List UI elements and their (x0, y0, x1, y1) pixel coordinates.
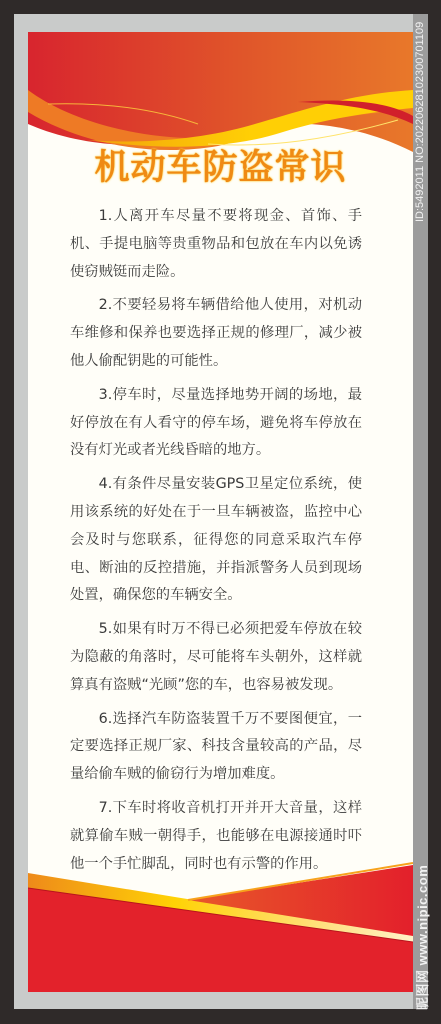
tip-paragraph-1: 1.人离开车尽量不要将现金、首饰、手机、手提电脑等贵重物品和包放在车内以免诱使窃… (70, 203, 362, 286)
tips-list: 1.人离开车尽量不要将现金、首饰、手机、手提电脑等贵重物品和包放在车内以免诱使窃… (70, 203, 362, 884)
watermark-id-text: ID:5492011 NO:20220628102300701109 (414, 22, 426, 222)
tip-paragraph-3: 3.停车时，尽量选择地势开阔的场地，最好停放在有人看守的停车场，避免将车停放在没… (70, 382, 362, 465)
tip-paragraph-2: 2.不要轻易将车辆借给他人使用，对机动车维修和保养也要选择正规的修理厂，减少被他… (70, 292, 362, 375)
tip-paragraph-4: 4.有条件尽量安装GPS卫星定位系统，使用该系统的好处在于一旦车辆被盗，监控中心… (70, 471, 362, 610)
watermark-site-text: 昵图网 www.nipic.com (412, 865, 431, 1010)
poster-title: 机动车防盗常识 (28, 140, 413, 190)
tip-paragraph-5: 5.如果有时万不得已必须把爱车停放在较为隐蔽的角落时，尽可能将车头朝外，这样就算… (70, 616, 362, 699)
bottom-wave-banner (28, 862, 413, 992)
poster-panel: 机动车防盗常识 1.人离开车尽量不要将现金、首饰、手机、手提电脑等贵重物品和包放… (28, 32, 413, 992)
tip-paragraph-6: 6.选择汽车防盗装置千万不要图便宜，一定要选择正规厂家、科技含量较高的产品，尽量… (70, 706, 362, 789)
